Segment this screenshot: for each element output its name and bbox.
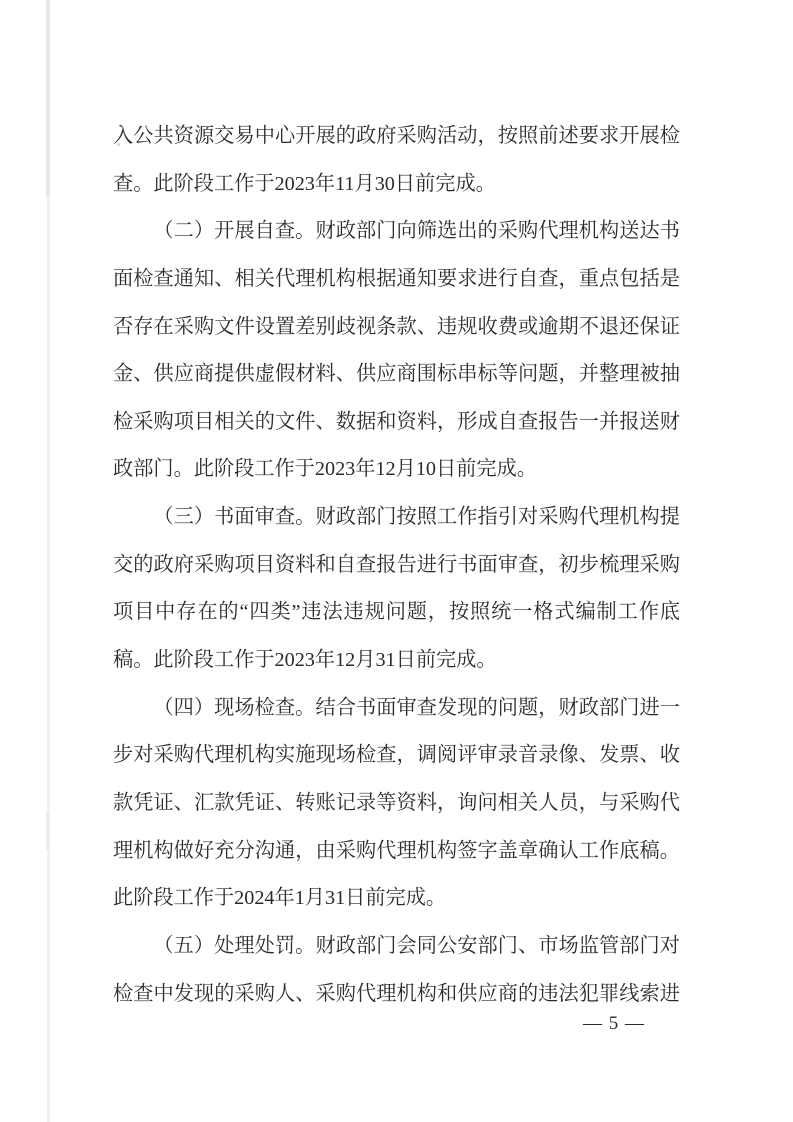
text-line: （三）书面审查。财政部门按照工作指引对采购代理机构提 bbox=[113, 494, 680, 542]
text-line: 金、供应商提供虚假材料、供应商围标串标等问题，并整理被抽 bbox=[113, 351, 680, 399]
text-line: 项目中存在的“四类”违法违规问题，按照统一格式编制工作底 bbox=[113, 589, 680, 637]
text-line: 否存在采购文件设置差别歧视条款、违规收费或逾期不退还保证 bbox=[113, 304, 680, 352]
text-line: 此阶段工作于2024年1月31日前完成。 bbox=[113, 875, 680, 923]
text-line: 政部门。此阶段工作于2023年12月10日前完成。 bbox=[113, 446, 680, 494]
text-line: 理机构做好充分沟通，由采购代理机构签字盖章确认工作底稿。 bbox=[113, 828, 680, 876]
text-line: （五）处理处罚。财政部门会同公安部门、市场监管部门对 bbox=[113, 923, 680, 971]
scan-artifact-line-top bbox=[46, 0, 50, 197]
text-line: （二）开展自查。财政部门向筛选出的采购代理机构送达书 bbox=[113, 208, 680, 256]
text-line: 稿。此阶段工作于2023年12月31日前完成。 bbox=[113, 637, 680, 685]
text-line: 入公共资源交易中心开展的政府采购活动，按照前述要求开展检 bbox=[113, 113, 680, 161]
document-page: 入公共资源交易中心开展的政府采购活动，按照前述要求开展检查。此阶段工作于2023… bbox=[0, 0, 793, 1122]
text-line: 检采购项目相关的文件、数据和资料，形成自查报告一并报送财 bbox=[113, 399, 680, 447]
text-line: 交的政府采购项目资料和自查报告进行书面审查，初步梳理采购 bbox=[113, 542, 680, 590]
text-line: 步对采购代理机构实施现场检查，调阅评审录音录像、发票、收 bbox=[113, 732, 680, 780]
scan-artifact-line-mid bbox=[46, 812, 50, 850]
text-line: 面检查通知、相关代理机构根据通知要求进行自查，重点包括是 bbox=[113, 256, 680, 304]
text-line: （四）现场检查。结合书面审查发现的问题，财政部门进一 bbox=[113, 685, 680, 733]
text-line: 款凭证、汇款凭证、转账记录等资料，询问相关人员，与采购代 bbox=[113, 780, 680, 828]
page-number: — 5 — bbox=[583, 1013, 645, 1035]
text-line: 查。此阶段工作于2023年11月30日前完成。 bbox=[113, 161, 680, 209]
text-line: 检查中发现的采购人、采购代理机构和供应商的违法犯罪线索进 bbox=[113, 971, 680, 1019]
document-body: 入公共资源交易中心开展的政府采购活动，按照前述要求开展检查。此阶段工作于2023… bbox=[113, 113, 680, 1018]
